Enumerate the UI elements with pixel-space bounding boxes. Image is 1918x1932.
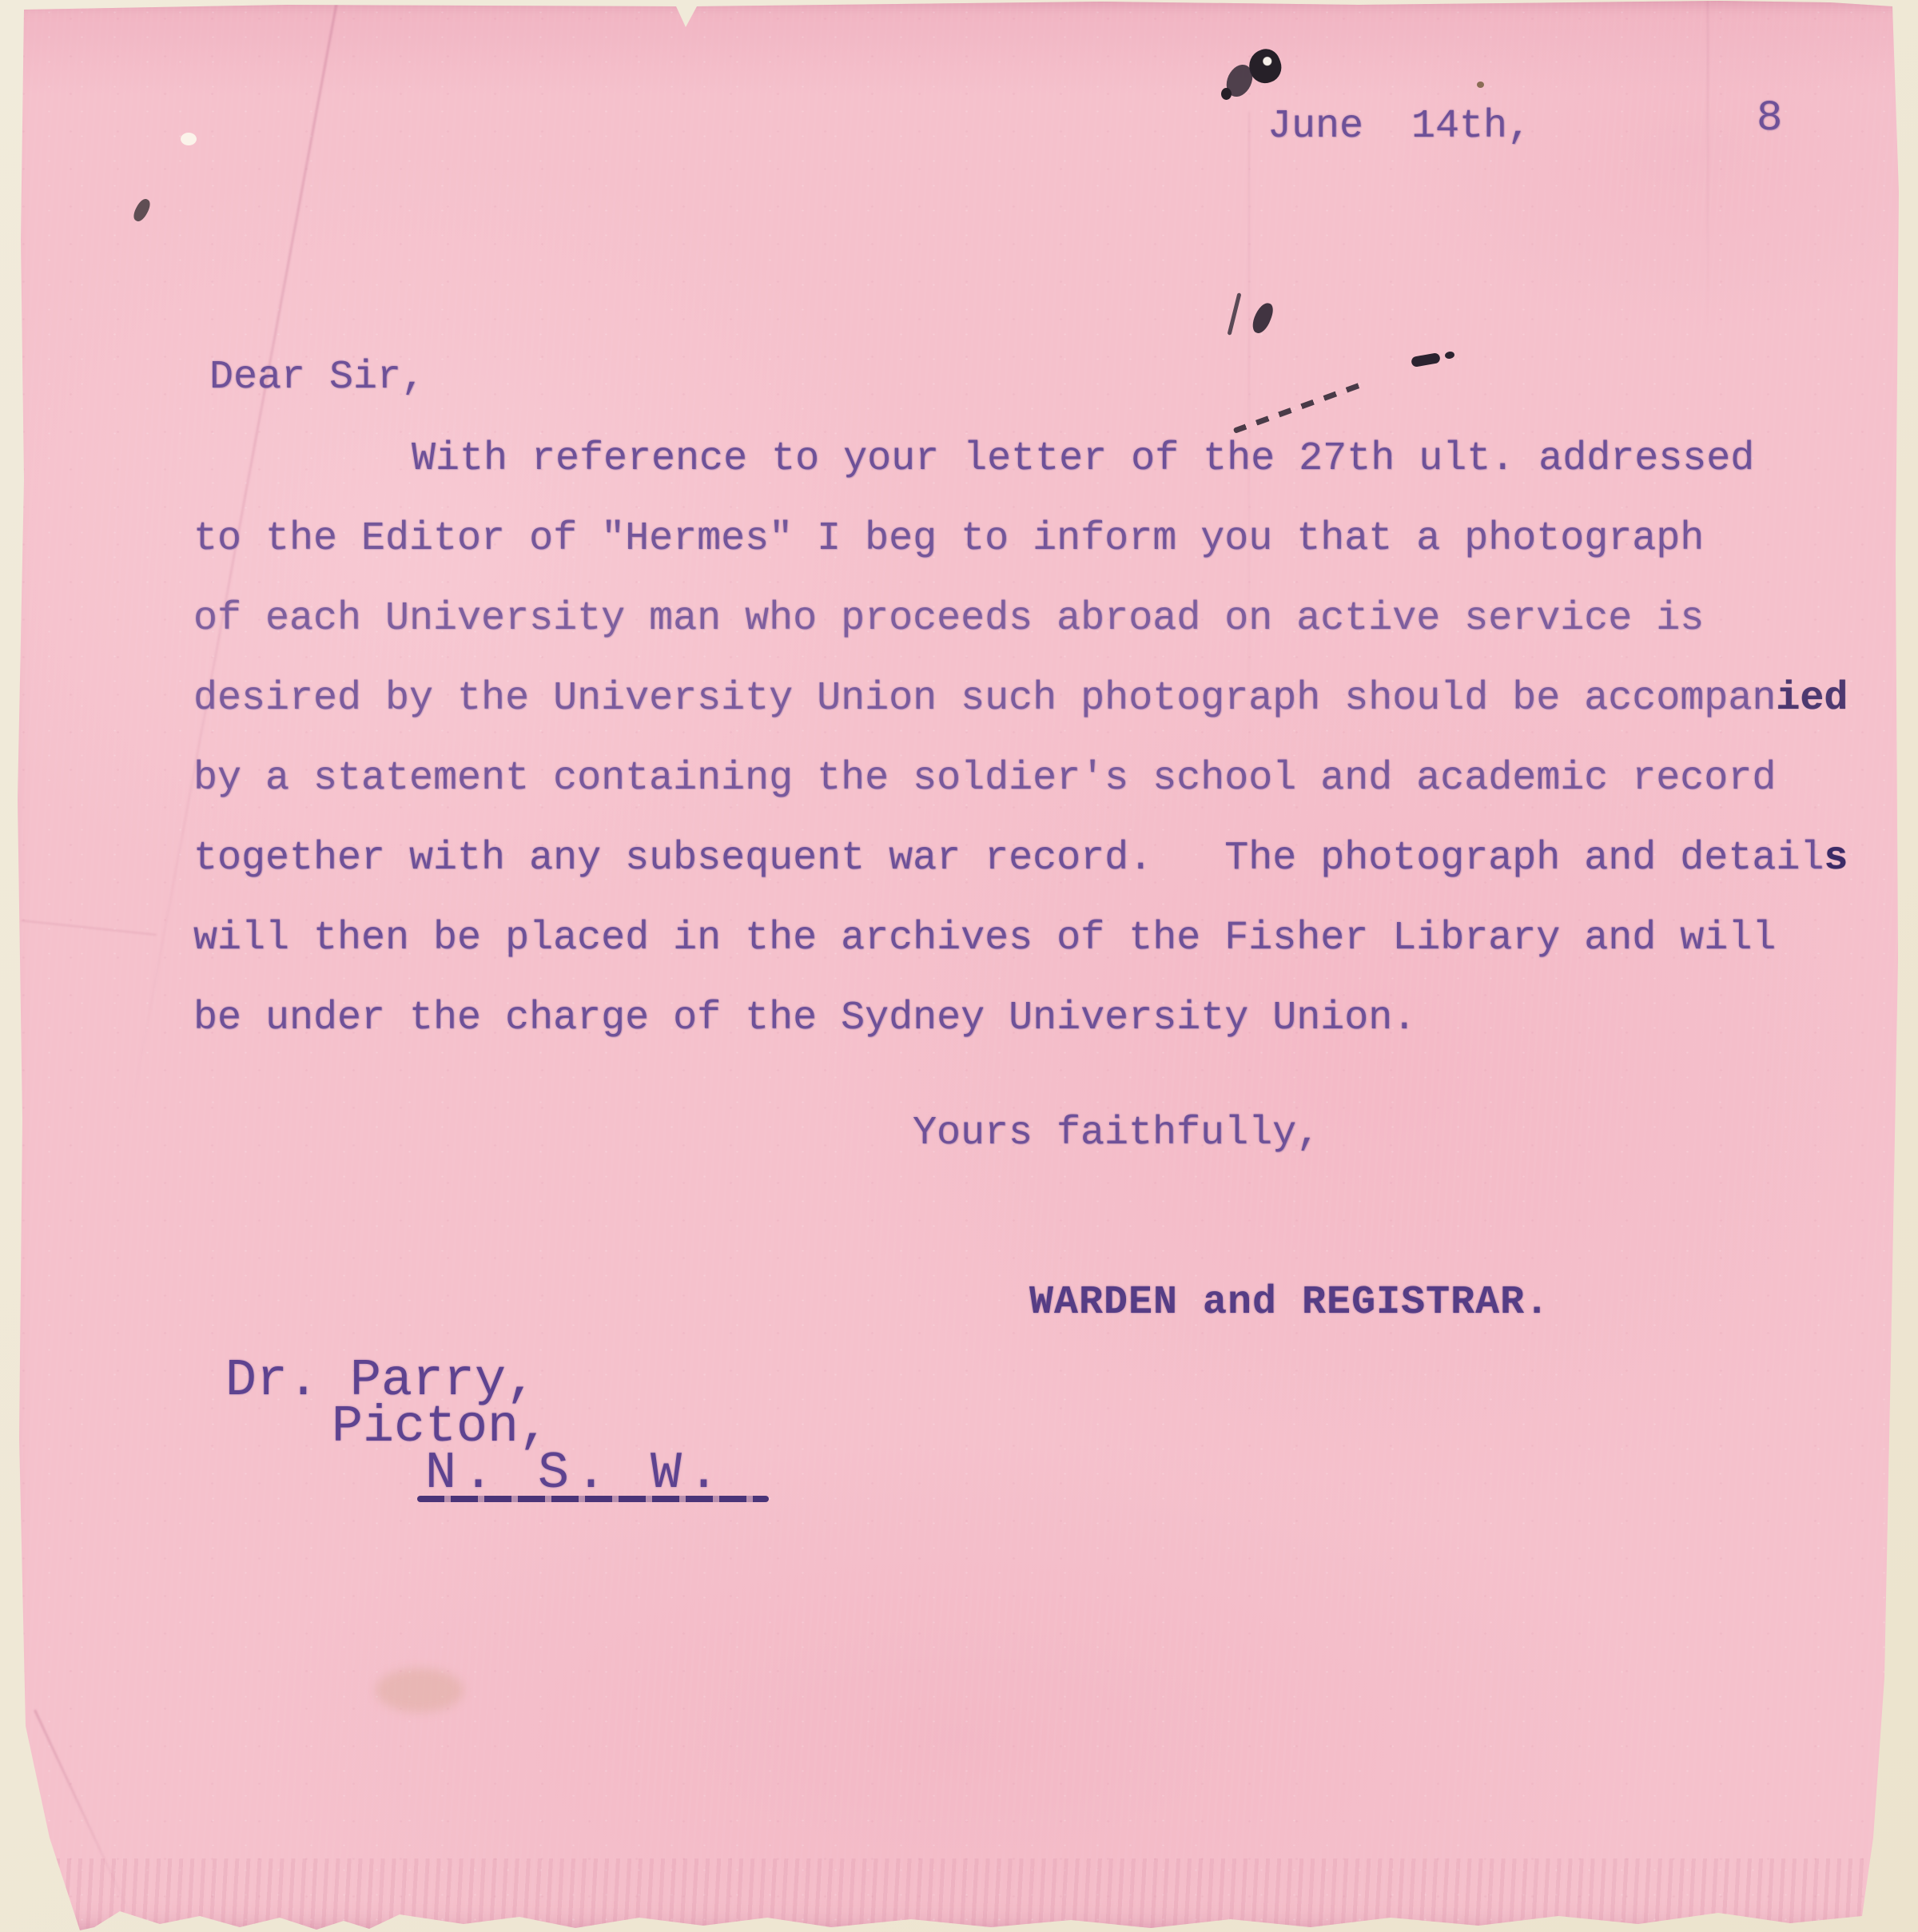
body-line: by a statement containing the soldier's … (193, 759, 1776, 799)
brown-speck (1477, 81, 1484, 88)
pen-dash-dot (1444, 351, 1454, 360)
body-line-text: together with any subsequent war record.… (193, 836, 1824, 881)
letter-scan: June 14th, 8 Dear Sir, With reference to… (0, 0, 1918, 1932)
torn-edge-fibers (0, 1858, 1918, 1932)
body-line: desired by the University Union such pho… (193, 679, 1848, 719)
body-line-text: desired by the University Union such pho… (193, 676, 1776, 722)
overstruck-text: s (1824, 836, 1848, 881)
body-line-text: be under the charge of the Sydney Univer… (193, 996, 1416, 1041)
paper-texture (0, 0, 1918, 1932)
body-line: be under the charge of the Sydney Univer… (193, 999, 1416, 1039)
body-line: together with any subsequent war record.… (193, 839, 1848, 879)
signature-line: WARDEN and REGISTRAR. (1029, 1283, 1550, 1323)
ink-blot-dot (1221, 88, 1232, 100)
date-line: June 14th, (1267, 107, 1531, 147)
body-line: will then be placed in the archives of t… (193, 919, 1776, 959)
closing-line: Yours faithfully, (913, 1114, 1320, 1154)
pen-dash-mark (1411, 352, 1441, 368)
body-line-text: to the Editor of "Hermes" I beg to infor… (193, 516, 1704, 562)
crease-top-right (1707, 0, 1709, 344)
stain-smudge (376, 1668, 464, 1712)
pen-dashed-line (1233, 380, 1369, 433)
body-line-text: will then be placed in the archives of t… (193, 916, 1776, 961)
page-number: 8 (1757, 97, 1782, 141)
dark-speck (131, 197, 153, 224)
pink-paper-sheet: June 14th, 8 Dear Sir, With reference to… (0, 0, 1918, 1932)
body-line: to the Editor of "Hermes" I beg to infor… (193, 519, 1704, 559)
pen-drop-mark (1250, 300, 1275, 336)
body-line-text: by a statement containing the soldier's … (193, 756, 1776, 801)
body-line: of each University man who proceeds abro… (193, 599, 1704, 639)
paper-nick-white (181, 133, 197, 145)
state-underline (417, 1496, 769, 1502)
overstruck-text: ied (1776, 676, 1848, 722)
salutation: Dear Sir, (209, 358, 425, 398)
recipient-state: N. S. W. (425, 1448, 726, 1500)
body-line-text: With reference to your letter of the 27t… (412, 436, 1754, 482)
crease-left-horizontal (21, 920, 156, 936)
body-line-text: of each University man who proceeds abro… (193, 596, 1704, 642)
body-line: With reference to your letter of the 27t… (412, 439, 1754, 479)
pen-slash-mark (1228, 292, 1242, 336)
